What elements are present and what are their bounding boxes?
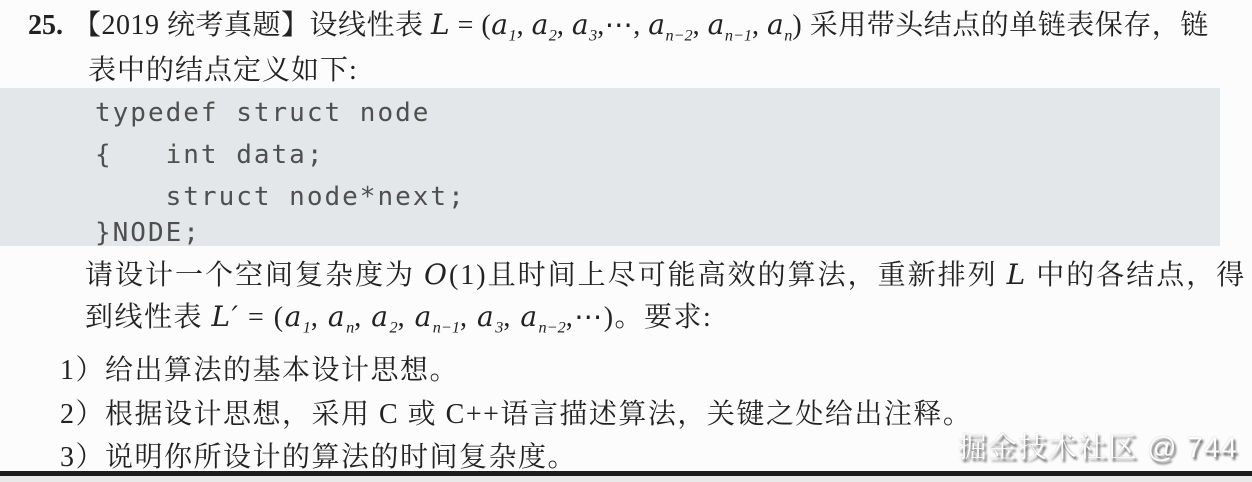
requirement-item-2: 2）根据设计思想，采用 C 或 C++语言描述算法，关键之处给出注释。	[60, 398, 972, 432]
question-number: 25.	[28, 10, 63, 41]
question-intro-formula: 设线性表 L = (a1, a2, a3,⋯, an−2, an−1, an) …	[310, 10, 1209, 41]
code-line: { int data;	[95, 140, 325, 170]
code-line: }NODE;	[95, 218, 201, 248]
task-line1: 请设计一个空间复杂度为 O(1)且时间上尽可能高效的算法，重新排列 L 中的各结…	[85, 258, 1246, 293]
exam-question-page: 25.【2019 统考真题】设线性表 L = (a1, a2, a3,⋯, an…	[0, 0, 1252, 482]
code-line: typedef struct node	[95, 98, 430, 128]
question-intro-line1: 25.【2019 统考真题】设线性表 L = (a1, a2, a3,⋯, an…	[28, 8, 1209, 43]
task-line2: 到线性表 L′ = (a1, an, a2, an−1, a3, an−2,⋯)…	[85, 300, 712, 335]
requirement-item-1: 1）给出算法的基本设计思想。	[60, 354, 459, 388]
requirement-item-3: 3）说明你所设计的算法的时间复杂度。	[60, 441, 577, 475]
bottom-strip	[0, 476, 1252, 482]
code-block: typedef struct node { int data; struct n…	[0, 88, 1220, 246]
watermark: 掘金技术社区 @ 744	[958, 425, 1238, 466]
code-line: struct node*next;	[95, 182, 466, 212]
question-intro-line2: 表中的结点定义如下:	[88, 54, 358, 88]
question-source-tag: 【2019 统考真题】	[73, 10, 310, 41]
